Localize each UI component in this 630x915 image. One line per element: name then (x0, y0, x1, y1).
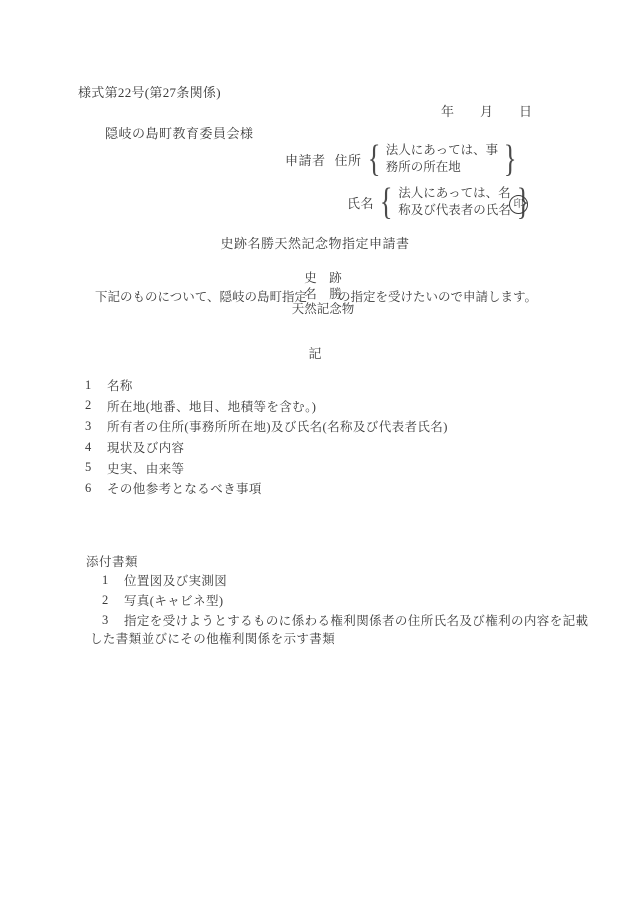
list-item-number: 2 (85, 398, 94, 413)
attachment-item-text: 位置図及び実測図 (124, 571, 227, 589)
list-item: 2 所在地(地番、地目、地積等を含む。) (85, 396, 448, 417)
designation-option-shiseki: 史 跡 (279, 271, 367, 287)
list-item: 6 その他参考となるべき事項 (85, 478, 448, 499)
application-form-page: 様式第22号(第27条関係) 年 月 日 隠岐の島町教育委員会様 申請者 住所 … (0, 0, 630, 915)
record-marker: 記 (0, 343, 630, 362)
attachment-item: 3 指定を受けようとするものに係わる権利関係者の住所氏名及び権利の内容を記載 (102, 610, 588, 630)
date-month-label: 月 (480, 101, 493, 120)
body-sentence-suffix: の指定を受けたいので申請します。 (338, 287, 537, 305)
applicant-label: 申請者 (285, 150, 326, 169)
required-items-list: 1 名称 2 所在地(地番、地目、地積等を含む。) 3 所有者の住所(事務所所在… (85, 375, 448, 499)
address-note-line1: 法人にあっては、事 (386, 142, 498, 159)
left-brace: { (380, 184, 393, 220)
name-note-line2: 称及び代表者の氏名 (398, 202, 511, 219)
applicant-name-row: 氏名 { 法人にあっては、名 称及び代表者の氏名 } (347, 184, 532, 220)
attachments-list: 1 位置図及び実測図 2 写真(キャビネ型) 3 指定を受けようとするものに係わ… (102, 570, 588, 630)
date-year-label: 年 (441, 101, 454, 120)
attachments-heading: 添付書類 (86, 552, 138, 570)
list-item-text: 現状及び内容 (107, 438, 184, 456)
date-line: 年 月 日 (441, 101, 532, 120)
list-item-text: 所在地(地番、地目、地積等を含む。) (107, 397, 316, 415)
attachment-item-text: 写真(キャビネ型) (124, 591, 223, 609)
name-label: 氏名 (347, 193, 374, 212)
address-note-line2: 務所の所在地 (386, 159, 498, 176)
attachment-item: 2 写真(キャビネ型) (102, 590, 588, 610)
right-brace: } (504, 141, 517, 177)
applicant-address-row: 申請者 住所 { 法人にあっては、事 務所の所在地 } (285, 141, 519, 177)
list-item-number: 4 (85, 440, 94, 455)
form-number: 様式第22号(第27条関係) (78, 82, 221, 101)
list-item-number: 3 (85, 419, 94, 434)
list-item-text: 名称 (107, 376, 133, 394)
attachment-item-number: 2 (102, 593, 111, 608)
seal-mark-icon: 印 (509, 195, 528, 214)
list-item: 3 所有者の住所(事務所所在地)及び氏名(名称及び代表者氏名) (85, 416, 448, 437)
addressee: 隠岐の島町教育委員会様 (105, 123, 254, 142)
attachment-item-number: 1 (102, 573, 111, 588)
address-label: 住所 (335, 150, 362, 169)
body-sentence-prefix: 下記のものについて、隠岐の島町指定 (95, 287, 307, 305)
name-note-line1: 法人にあっては、名 (398, 185, 511, 202)
list-item-text: 史実、由来等 (107, 459, 184, 477)
list-item: 4 現状及び内容 (85, 437, 448, 458)
attachment-item-number: 3 (102, 613, 111, 628)
list-item-number: 1 (85, 378, 94, 393)
name-note: 法人にあっては、名 称及び代表者の氏名 (395, 185, 514, 219)
list-item: 1 名称 (85, 375, 448, 396)
attachment-item-text: 指定を受けようとするものに係わる権利関係者の住所氏名及び権利の内容を記載 (124, 611, 588, 629)
attachment-item: 1 位置図及び実測図 (102, 570, 588, 590)
list-item: 5 史実、由来等 (85, 457, 448, 478)
date-day-label: 日 (519, 101, 532, 120)
document-title: 史跡名勝天然記念物指定申請書 (0, 233, 630, 252)
list-item-number: 6 (85, 481, 94, 496)
list-item-number: 5 (85, 460, 94, 475)
list-item-text: 所有者の住所(事務所所在地)及び氏名(名称及び代表者氏名) (107, 417, 448, 435)
attachment-item-continuation: した書類並びにその他権利関係を示す書類 (90, 629, 335, 647)
left-brace: { (367, 141, 380, 177)
address-note: 法人にあっては、事 務所の所在地 (383, 142, 501, 176)
list-item-text: その他参考となるべき事項 (107, 479, 262, 497)
